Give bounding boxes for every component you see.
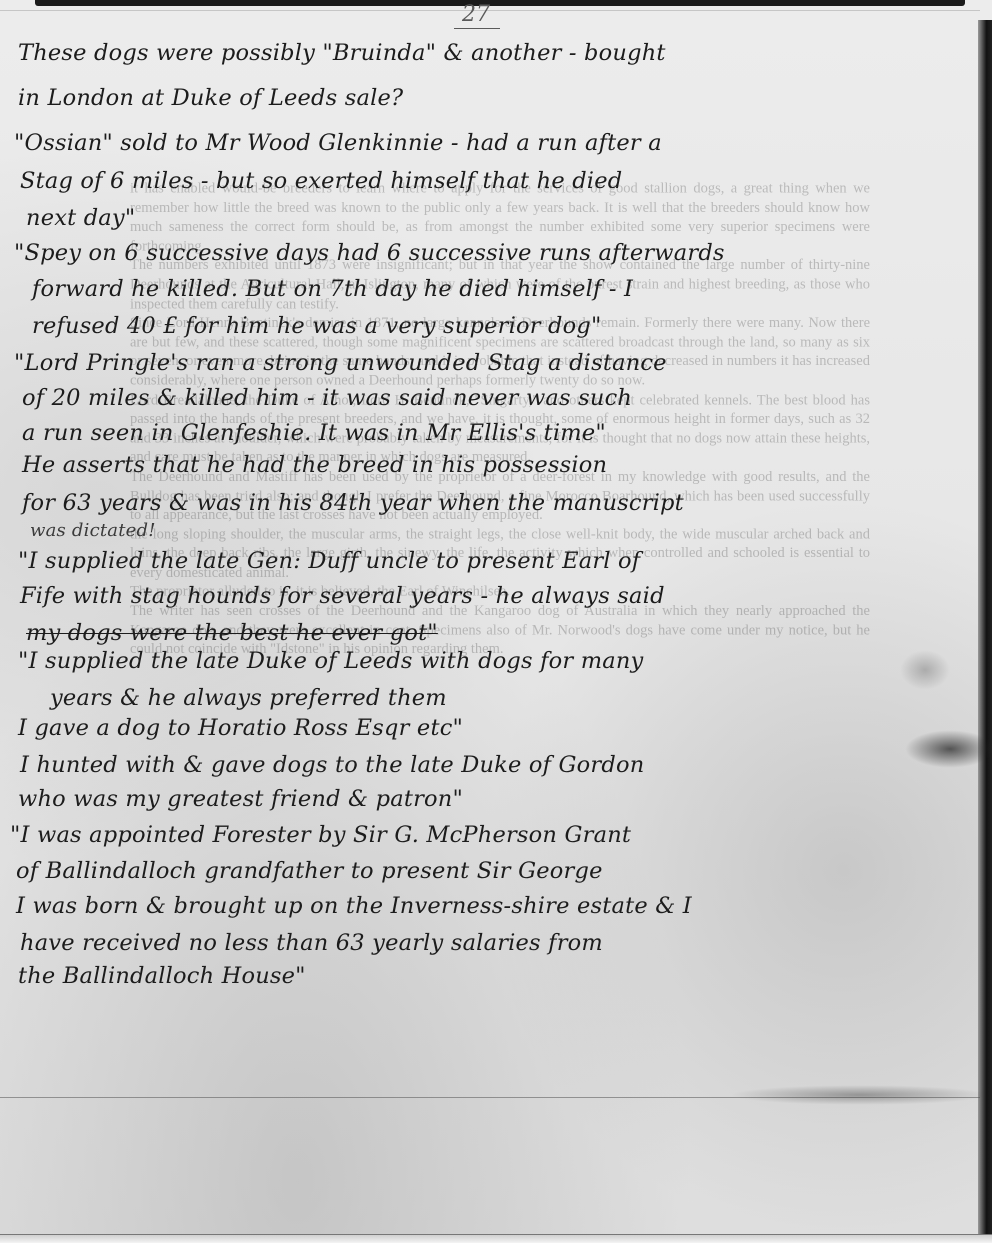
handwritten-line: I gave a dog to Horatio Ross Esqr etc"	[18, 715, 463, 741]
handwritten-line: "I was appointed Forester by Sir G. McPh…	[10, 822, 631, 848]
handwritten-line: He asserts that he had the breed in his …	[22, 452, 607, 478]
manuscript-page: it has enabled would-be breeders to lear…	[0, 0, 992, 1243]
handwritten-line: a run seen in Glenfeshie. It was in Mr E…	[22, 420, 606, 446]
handwritten-line: "I supplied the late Gen: Duff uncle to …	[18, 548, 640, 574]
handwritten-line: of Ballindalloch grandfather to present …	[16, 858, 603, 884]
handwritten-line: of 20 miles & killed him - it was said n…	[22, 385, 632, 411]
handwritten-line: the Ballindalloch House"	[18, 963, 306, 989]
page-bottom-edge	[0, 1234, 992, 1243]
edge-stain	[730, 1085, 990, 1105]
handwritten-line: "Lord Pringle's ran a strong unwounded S…	[14, 350, 667, 376]
handwritten-line: "I supplied the late Duke of Leeds with …	[18, 648, 643, 674]
handwritten-line: These dogs were possibly "Bruinda" & ano…	[18, 40, 666, 66]
handwritten-line: "Ossian" sold to Mr Wood Glenkinnie - ha…	[14, 130, 662, 156]
page-number: 27	[454, 2, 500, 29]
ink-stain	[900, 650, 950, 690]
handwritten-line: I was born & brought up on the Inverness…	[16, 893, 692, 919]
handwritten-line: have received no less than 63 yearly sal…	[20, 930, 603, 956]
handwritten-line: years & he always preferred them	[50, 685, 447, 711]
handwritten-line: I hunted with & gave dogs to the late Du…	[20, 752, 644, 778]
ink-stain	[905, 730, 992, 768]
handwritten-line: was dictated!	[30, 520, 156, 541]
page-top-edge	[35, 0, 965, 6]
handwritten-line: who was my greatest friend & patron"	[18, 786, 463, 812]
handwritten-line: next day"	[26, 205, 135, 231]
handwritten-line: forward he killed. But on 7th day he die…	[32, 276, 633, 302]
handwritten-line: "Spey on 6 successive days had 6 success…	[14, 240, 725, 266]
handwritten-line: Fife with stag hounds for several years …	[20, 583, 665, 609]
handwritten-line: refused 40 £ for him he was a very super…	[32, 313, 602, 339]
handwritten-line: in London at Duke of Leeds sale?	[18, 85, 403, 111]
handwritten-line-struck: my dogs were the best he ever got"	[26, 620, 438, 646]
page-right-edge-shadow	[978, 20, 992, 1243]
handwritten-line: for 63 years & was in his 84th year when…	[22, 490, 684, 516]
handwritten-line: Stag of 6 miles - but so exerted himself…	[20, 168, 622, 194]
